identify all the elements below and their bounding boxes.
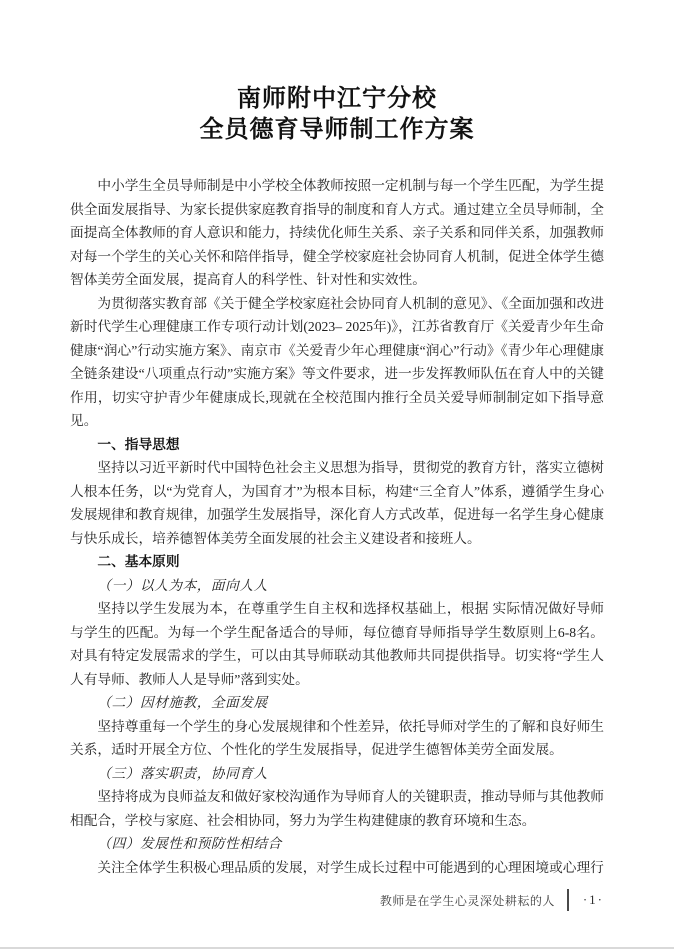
paragraph-intro-2: 为贯彻落实教育部《关于健全学校家庭社会协同育人机制的意见》、《全面加强和改进新时… — [70, 292, 604, 433]
document-title-line-2: 全员德育导师制工作方案 — [70, 115, 604, 146]
sub-heading-principle-2: （二）因材施教，全面发展 — [70, 691, 604, 715]
sub-heading-principle-4: （四）发展性和预防性相结合 — [70, 832, 604, 856]
paragraph-principle-2: 坚持尊重每一个学生的身心发展规律和个性差异，依托导师对学生的了解和良好师生关系，… — [70, 715, 604, 762]
document-title: 南师附中江宁分校 全员德育导师制工作方案 — [70, 84, 604, 146]
paragraph-intro-1: 中小学生全员导师制是中小学校全体教师按照一定机制与每一个学生匹配，为学生提供全面… — [70, 174, 604, 292]
sub-heading-principle-1: （一）以人为本，面向人人 — [70, 574, 604, 598]
paragraph-principle-1: 坚持以学生发展为本，在尊重学生自主权和选择权基础上，根据 实际情况做好导师与学生… — [70, 597, 604, 691]
sub-heading-principle-3: （三）落实职责，协同育人 — [70, 762, 604, 786]
section-heading-basic-principles: 二、基本原则 — [70, 550, 604, 574]
page-number: ·1· — [583, 892, 604, 908]
paragraph-principle-4: 关注全体学生积极心理品质的发展，对学生成长过程中可能遇到的心理困境或心理行 — [70, 856, 604, 880]
paragraph-principle-3: 坚持将成为良师益友和做好家校沟通作为导师育人的关键职责，推动导师与其他教师相配合… — [70, 785, 604, 832]
page-content: 南师附中江宁分校 全员德育导师制工作方案 中小学生全员导师制是中小学校全体教师按… — [70, 84, 604, 879]
document-body: 中小学生全员导师制是中小学校全体教师按照一定机制与每一个学生匹配，为学生提供全面… — [70, 174, 604, 879]
page-footer: 教师是在学生心灵深处耕耘的人 ·1· — [380, 889, 604, 911]
paragraph-guiding-ideology: 坚持以习近平新时代中国特色社会主义思想为指导，贯彻党的教育方针，落实立德树人根本… — [70, 456, 604, 550]
footer-divider — [567, 889, 569, 911]
document-title-line-1: 南师附中江宁分校 — [70, 84, 604, 115]
document-page: 南师附中江宁分校 全员德育导师制工作方案 中小学生全员导师制是中小学校全体教师按… — [0, 0, 674, 949]
footer-motto: 教师是在学生心灵深处耕耘的人 — [380, 892, 555, 909]
section-heading-guiding-ideology: 一、指导思想 — [70, 433, 604, 457]
